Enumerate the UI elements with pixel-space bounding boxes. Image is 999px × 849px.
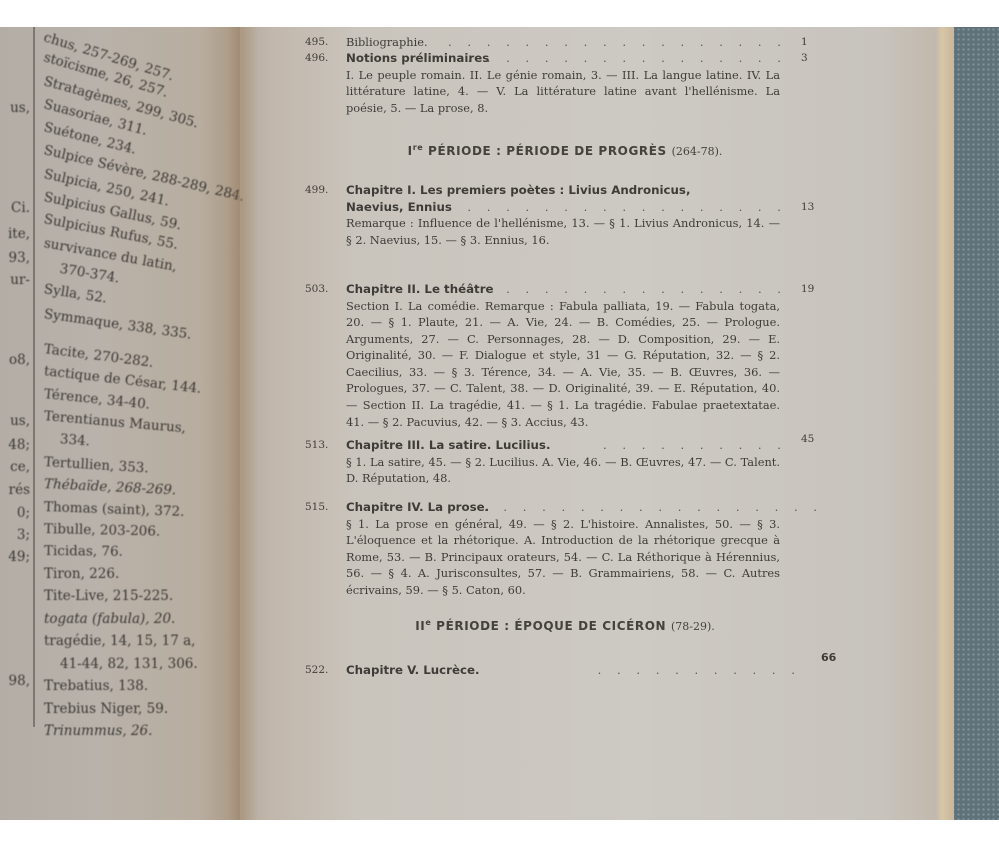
leader-dots: . . . . . . . . . . . . . . . . . [467,199,787,216]
cut-off-text: 98, [9,673,30,689]
entry-number: 522. [305,662,328,679]
period-heading-2: IIe PÉRIODE : ÉPOQUE DE CICÉRON (78-29). [305,618,825,633]
toc-entry-notions: 496. Notions préliminaires . . . . . . .… [305,50,825,116]
toc-entry-chapitre-1: 499. Chapitre I. Les premiers poètes : L… [305,182,825,248]
index-entry: Tite-Live, 215-225. [44,586,173,607]
index-entry: Trinummus, 26. [44,721,152,742]
entry-heading: Chapitre II. Le théâtre [346,281,494,298]
index-entry: Trebius Niger, 59. [44,699,168,720]
column-rule [33,27,35,727]
index-entry: Trebatius, 138. [44,676,148,697]
cut-off-text: ce, [10,459,30,475]
page-number: 1 [801,34,825,51]
period-heading-1: Ire PÉRIODE : PÉRIODE DE PROGRÈS (264-78… [305,143,825,158]
page-number: 45 [801,431,825,448]
toc-entry-chapitre-3: 513. Chapitre III. La satire. Lucilius. … [305,437,825,487]
entry-number: 513. [305,437,328,454]
period-roman: II [415,619,425,633]
left-column-fragments: us,Ci.ite,93,ur-o8,us,48;ce,rés0;3;49;98… [0,27,32,820]
cut-off-text: rés [9,482,30,498]
entry-number: 495. [305,34,328,51]
book-photo: us,Ci.ite,93,ur-o8,us,48;ce,rés0;3;49;98… [0,27,999,820]
toc-entry-chapitre-4: 515. Chapitre IV. La prose. . . . . . . … [305,499,825,598]
index-entry: 334. [43,428,90,452]
leader-dots: . . . . . . . . . . . . . . . . . . [448,34,787,51]
index-entry: Tibulle, 203-206. [44,519,161,542]
index-entry: togata (fabula), 20. [44,609,175,630]
entry-description: § 1. La prose en général, 49. — § 2. L'h… [346,516,780,599]
left-page: us,Ci.ite,93,ur-o8,us,48;ce,rés0;3;49;98… [0,27,240,820]
toc-entry-chapitre-5: 522. Chapitre V. Lucrèce. . . . . . . . … [305,662,845,679]
entry-heading: Chapitre I. Les premiers poètes : Livius… [346,182,690,199]
cut-off-text: o8, [9,352,30,368]
entry-heading: Chapitre V. Lucrèce. [346,662,479,679]
index-entry: tragédie, 14, 15, 17 a, [44,631,195,652]
entry-number: 503. [305,281,328,298]
cut-off-text: 48; [8,437,30,453]
index-entry: Ticidas, 76. [44,541,123,562]
cut-off-text: us, [10,100,30,116]
toc-entry-chapitre-2: 503. Chapitre II. Le théâtre . . . . . .… [305,281,825,430]
entry-number: 515. [305,499,328,516]
cut-off-text: ur- [10,272,30,288]
leader-dots: . . . . . . . . . . . . . . . . . [467,50,787,67]
cut-off-text: ite, [8,226,30,242]
entry-description: Remarque : Influence de l'hellénisme, 13… [346,215,780,248]
period-title: PÉRIODE : ÉPOQUE DE CICÉRON [436,619,666,633]
entry-description: Section I. La comédie. Remarque : Fabula… [346,298,780,431]
cut-off-text: us, [10,413,30,429]
entry-description: § 1. La satire, 45. — § 2. Lucilius. A. … [346,454,780,487]
leader-dots: . . . . . . . . . . . . . . . . [487,281,787,298]
toc-entry-bibliographie: 495. Bibliographie. . . . . . . . . . . … [305,34,825,51]
entry-heading-continued: Naevius, Ennius [346,199,452,216]
index-entry: 41-44, 82, 131, 306. [44,654,198,675]
period-title: PÉRIODE : PÉRIODE DE PROGRÈS [428,144,667,158]
period-sup: e [425,618,431,627]
index-entry: Symmaque, 338, 335. [43,304,193,345]
entry-number: 499. [305,182,328,199]
leader-dots: . . . . . . . . . . . [598,662,801,679]
period-sup: re [413,143,424,152]
page-number: 13 [801,199,825,216]
page-number: 3 [801,50,825,67]
cut-off-text: 0; [17,505,30,521]
entry-heading: Chapitre III. La satire. Lucilius. [346,437,550,454]
entry-number: 496. [305,50,328,67]
page-number: 19 [801,281,825,298]
cut-off-text: 49; [8,549,30,565]
index-entry: Tiron, 226. [44,564,119,585]
period-years: (78-29). [671,620,715,633]
page-number: 66 [821,650,845,667]
tablecloth-background [951,27,999,820]
leader-dots: . . . . . . . . . . . . . . . . . . . [465,499,823,516]
entry-description: I. Le peuple romain. II. Le génie romain… [346,67,780,117]
period-years: (264-78). [672,145,723,158]
cut-off-text: 93, [9,250,30,266]
book-gutter [228,27,258,820]
leader-dots: . . . . . . . . . . [603,437,787,454]
entry-heading: Bibliographie. [346,34,428,51]
cut-off-text: 3; [17,527,30,543]
cut-off-text: Ci. [11,200,30,216]
